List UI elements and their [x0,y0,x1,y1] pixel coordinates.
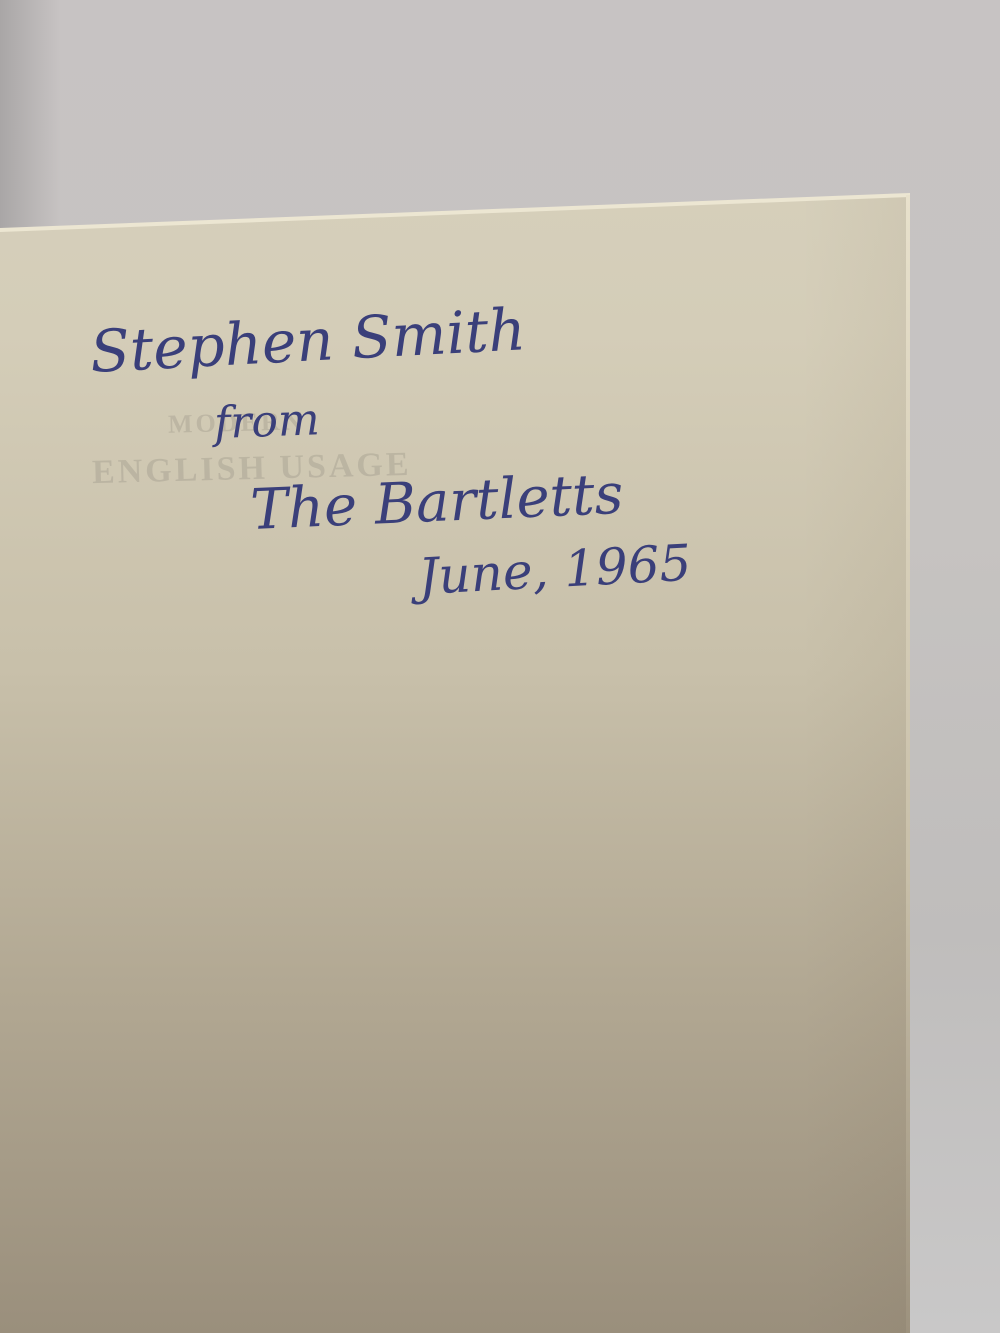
inscription-connector: from [213,394,320,449]
book-page [0,0,1000,1333]
page-shading [0,0,1000,1333]
background-shadow [0,0,60,260]
page-right-edge [906,195,910,1333]
